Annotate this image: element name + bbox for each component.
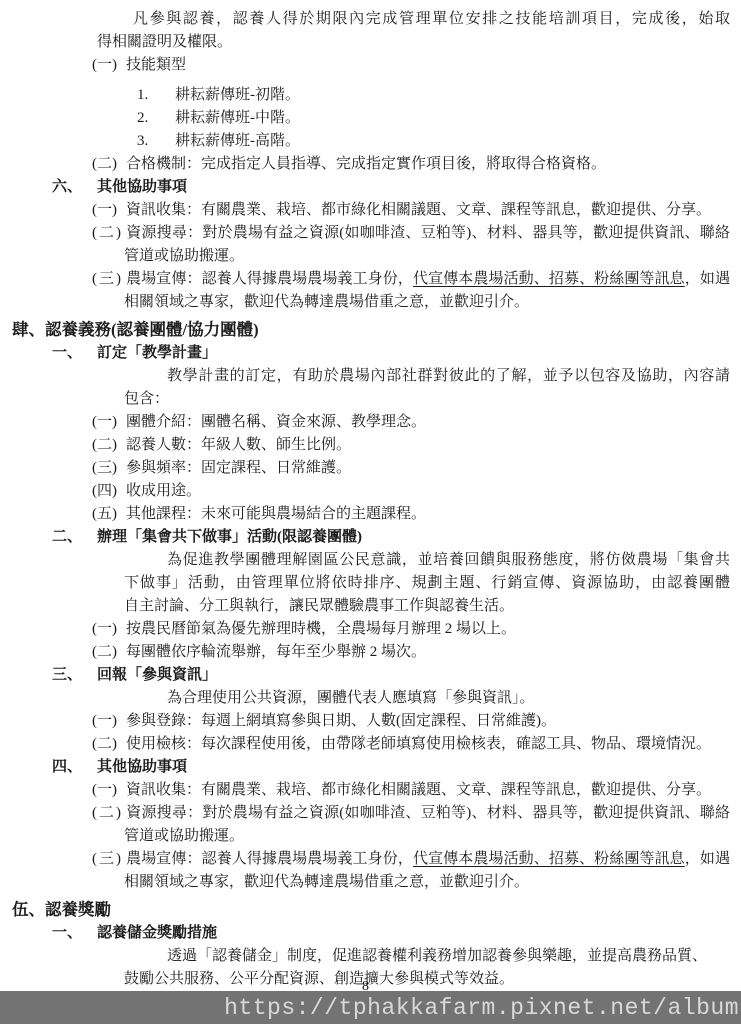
list-item-text: 資訊收集：有關農業、栽培、都市綠化相關議題、文章、課程等訊息，歡迎提供、分享。 xyxy=(126,202,711,218)
chapter-title: 認養義務(認養團體/協力團體) xyxy=(45,320,259,339)
list-item-text: ，如遇 xyxy=(685,851,730,867)
section-heading-other-assistance: 四、其他協助事項 xyxy=(52,756,741,779)
list-number: 3. xyxy=(137,130,175,153)
list-item-text: 技能類型 xyxy=(126,57,186,73)
section-title: 回報「參與資訊」 xyxy=(97,667,217,683)
list-item-qualification: (二)合格機制：完成指定人員指導、完成指定實作項目後，將取得合格資格。 xyxy=(92,153,741,176)
list-marker: (三) xyxy=(92,268,121,291)
list-item-adopter-count: (二)認養人數：年級人數、師生比例。 xyxy=(92,434,741,457)
section-title: 辦理「集會共下做事」活動(限認養團體) xyxy=(97,529,362,545)
list-item-harvest-use: (四)收成用途。 xyxy=(92,480,741,503)
list-item-text: 農場宣傳：認養人得據農場農場義工身份， xyxy=(126,851,413,867)
list-marker: (四) xyxy=(92,480,121,503)
list-marker: (二) xyxy=(92,641,121,664)
list-item-group-intro: (一)團體介紹：團體名稱、資金來源、教學理念。 xyxy=(92,411,741,434)
list-marker: (三) xyxy=(92,457,121,480)
watermark-bar: https://tphakkafarm.pixnet.net/album xyxy=(0,991,741,1024)
list-item-text: 按農民曆節氣為優先辦理時機，全農場每月辦理 2 場以上。 xyxy=(126,621,516,637)
list-item-text: 耕耘薪傳班-中階。 xyxy=(175,110,300,126)
paragraph-line: 自主討論、分工與執行，讓民眾體驗農事工作與認養生活。 xyxy=(124,595,741,618)
list-item-text: 耕耘薪傳班-高階。 xyxy=(175,133,300,149)
list-item-text: 合格機制：完成指定人員指導、完成指定實作項目後，將取得合格資格。 xyxy=(126,156,606,172)
intro-paragraph-line-1: 凡參與認養，認養人得於期限內完成管理單位安排之技能培訓項目，完成後，始取 xyxy=(133,8,730,31)
list-item-continuation: 相關領域之專家，歡迎代為轉達農場借重之意，並歡迎引介。 xyxy=(124,871,741,894)
document-page: 凡參與認養，認養人得於期限內完成管理單位安排之技能培訓項目，完成後，始取 得相關… xyxy=(0,0,741,1024)
section-number: 四、 xyxy=(52,756,97,779)
list-marker: (一) xyxy=(92,54,121,77)
list-marker: (五) xyxy=(92,503,121,526)
list-number: 2. xyxy=(137,107,175,130)
section-heading-6: 六、其他協助事項 xyxy=(52,176,741,199)
skill-class-list: 1.耕耘薪傳班-初階。 2.耕耘薪傳班-中階。 3.耕耘薪傳班-高階。 xyxy=(0,84,741,153)
list-item-text: 每團體依序輪流舉辦，每年至少舉辦 2 場次。 xyxy=(126,644,426,660)
section-number: 一、 xyxy=(52,922,97,945)
list-item-skill-class-1: 1.耕耘薪傳班-初階。 xyxy=(137,84,741,107)
section-title: 其他協助事項 xyxy=(97,179,187,195)
list-item-participation-registration: (一)參與登錄：每週上網填寫參與日期、人數(固定課程、日常維護)。 xyxy=(92,710,741,733)
list-item-farm-promotion: (三)農場宣傳：認養人得據農場農場義工身份，代宣傳本農場活動、招募、粉絲團等訊息… xyxy=(92,268,730,291)
list-item-info-collection: (一)資訊收集：有關農業、栽培、都市綠化相關議題、文章、課程等訊息，歡迎提供、分… xyxy=(92,779,741,802)
list-marker: (三) xyxy=(92,848,121,871)
section-heading-reward-savings: 一、認養儲金獎勵措施 xyxy=(52,922,741,945)
list-item-other-courses: (五)其他課程：未來可能與農場結合的主題課程。 xyxy=(92,503,741,526)
list-item-skill-class-2: 2.耕耘薪傳班-中階。 xyxy=(137,107,741,130)
list-item-text: 參與頻率：固定課程、日常維護。 xyxy=(126,460,351,476)
section-heading-gathering-activity: 二、辦理「集會共下做事」活動(限認養團體) xyxy=(52,526,741,549)
list-item-text: 使用檢核：每次課程使用後，由帶隊老師填寫使用檢核表，確認工具、物品、環境情況。 xyxy=(126,736,711,752)
list-number: 1. xyxy=(137,84,175,107)
list-item-text: ，如遇 xyxy=(685,271,730,287)
list-item-text: 認養人數：年級人數、師生比例。 xyxy=(126,437,351,453)
underlined-text: 代宣傳本農場活動、招募、粉絲團等訊息 xyxy=(413,271,685,287)
underlined-text: 代宣傳本農場活動、招募、粉絲團等訊息 xyxy=(413,851,685,867)
list-item-schedule-timing: (一)按農民曆節氣為優先辦理時機，全農場每月辦理 2 場以上。 xyxy=(92,618,741,641)
section-heading-teaching-plan: 一、訂定「教學計畫」 xyxy=(52,342,741,365)
list-marker: (一) xyxy=(92,710,121,733)
paragraph-line: 透過「認養儲金」制度，促進認養權利義務增加認養參與樂趣，並提高農務品質、 xyxy=(167,945,741,968)
chapter-number: 肆、 xyxy=(12,317,45,342)
paragraph-line: 為促進教學團體理解園區公民意識，並培養回饋與服務態度，將仿傚農場「集會共 xyxy=(167,549,730,572)
document-content: 凡參與認養，認養人得於期限內完成管理單位安排之技能培訓項目，完成後，始取 得相關… xyxy=(0,8,741,991)
list-item-text: 資源搜尋：對於農場有益之資源(如咖啡渣、豆粕等)、材料、器具等，歡迎提供資訊、聯… xyxy=(126,805,730,821)
section-number: 一、 xyxy=(52,342,97,365)
list-marker: (二) xyxy=(92,222,121,245)
list-marker: (一) xyxy=(92,199,121,222)
list-item-rotation-hosting: (二)每團體依序輪流舉辦，每年至少舉辦 2 場次。 xyxy=(92,641,741,664)
section-title: 訂定「教學計畫」 xyxy=(97,345,217,361)
intro-paragraph-line-2: 得相關證明及權限。 xyxy=(97,31,741,54)
chapter-heading-4: 肆、認養義務(認養團體/協力團體) xyxy=(12,317,741,342)
list-item-resource-search: (二)資源搜尋：對於農場有益之資源(如咖啡渣、豆粕等)、材料、器具等，歡迎提供資… xyxy=(92,222,730,245)
section-title: 其他協助事項 xyxy=(97,759,187,775)
list-marker: (一) xyxy=(92,411,121,434)
list-item-skill-types: (一)技能類型 xyxy=(92,54,741,77)
chapter-title: 認養獎勵 xyxy=(45,900,111,919)
paragraph-line: 鼓勵公共服務、公平分配資源、創造擴大參與模式等效益。 xyxy=(124,968,741,991)
list-marker: (二) xyxy=(92,434,121,457)
list-item-text: 參與登錄：每週上網填寫參與日期、人數(固定課程、日常維護)。 xyxy=(126,713,556,729)
list-item-continuation: 管道或協助搬運。 xyxy=(124,245,741,268)
chapter-number: 伍、 xyxy=(12,897,45,922)
paragraph-line: 下做事」活動，由管理單位將依時排序、規劃主題、行銷宣傳、資源協助，由認養團體 xyxy=(124,572,730,595)
list-item-text: 資源搜尋：對於農場有益之資源(如咖啡渣、豆粕等)、材料、器具等，歡迎提供資訊、聯… xyxy=(126,225,730,241)
list-item-text: 農場宣傳：認養人得據農場農場義工身份， xyxy=(126,271,413,287)
list-item-usage-check: (二)使用檢核：每次課程使用後，由帶隊老師填寫使用檢核表，確認工具、物品、環境情… xyxy=(92,733,741,756)
list-item-participation-frequency: (三)參與頻率：固定課程、日常維護。 xyxy=(92,457,741,480)
list-marker: (二) xyxy=(92,733,121,756)
list-marker: (一) xyxy=(92,618,121,641)
list-item-info-collection: (一)資訊收集：有關農業、栽培、都市綠化相關議題、文章、課程等訊息，歡迎提供、分… xyxy=(92,199,741,222)
section-title: 認養儲金獎勵措施 xyxy=(97,925,217,941)
list-item-text: 資訊收集：有關農業、栽培、都市綠化相關議題、文章、課程等訊息，歡迎提供、分享。 xyxy=(126,782,711,798)
section-heading-participation-info: 三、回報「參與資訊」 xyxy=(52,664,741,687)
list-item-text: 耕耘薪傳班-初階。 xyxy=(175,87,300,103)
list-marker: (二) xyxy=(92,802,121,825)
list-item-continuation: 管道或協助搬運。 xyxy=(124,825,741,848)
list-item-skill-class-3: 3.耕耘薪傳班-高階。 xyxy=(137,130,741,153)
chapter-heading-5: 伍、認養獎勵 xyxy=(12,897,741,922)
list-item-continuation: 相關領域之專家，歡迎代為轉達農場借重之意，並歡迎引介。 xyxy=(124,291,741,314)
section-number: 三、 xyxy=(52,664,97,687)
list-item-text: 其他課程：未來可能與農場結合的主題課程。 xyxy=(126,506,426,522)
section-number: 二、 xyxy=(52,526,97,549)
paragraph-line: 為合理使用公共資源，團體代表人應填寫「參與資訊」。 xyxy=(167,687,741,710)
list-item-text: 團體介紹：團體名稱、資金來源、教學理念。 xyxy=(126,414,426,430)
list-marker: (二) xyxy=(92,153,121,176)
list-item-resource-search: (二)資源搜尋：對於農場有益之資源(如咖啡渣、豆粕等)、材料、器具等，歡迎提供資… xyxy=(92,802,730,825)
section-number: 六、 xyxy=(52,176,97,199)
watermark-url: https://tphakkafarm.pixnet.net/album xyxy=(224,995,739,1021)
list-item-text: 收成用途。 xyxy=(126,483,201,499)
list-item-farm-promotion: (三)農場宣傳：認養人得據農場農場義工身份，代宣傳本農場活動、招募、粉絲團等訊息… xyxy=(92,848,730,871)
list-marker: (一) xyxy=(92,779,121,802)
paragraph-line: 教學計畫的訂定，有助於農場內部社群對彼此的了解，並予以包容及協助，內容請 xyxy=(167,365,730,388)
paragraph-line: 包含： xyxy=(124,388,741,411)
